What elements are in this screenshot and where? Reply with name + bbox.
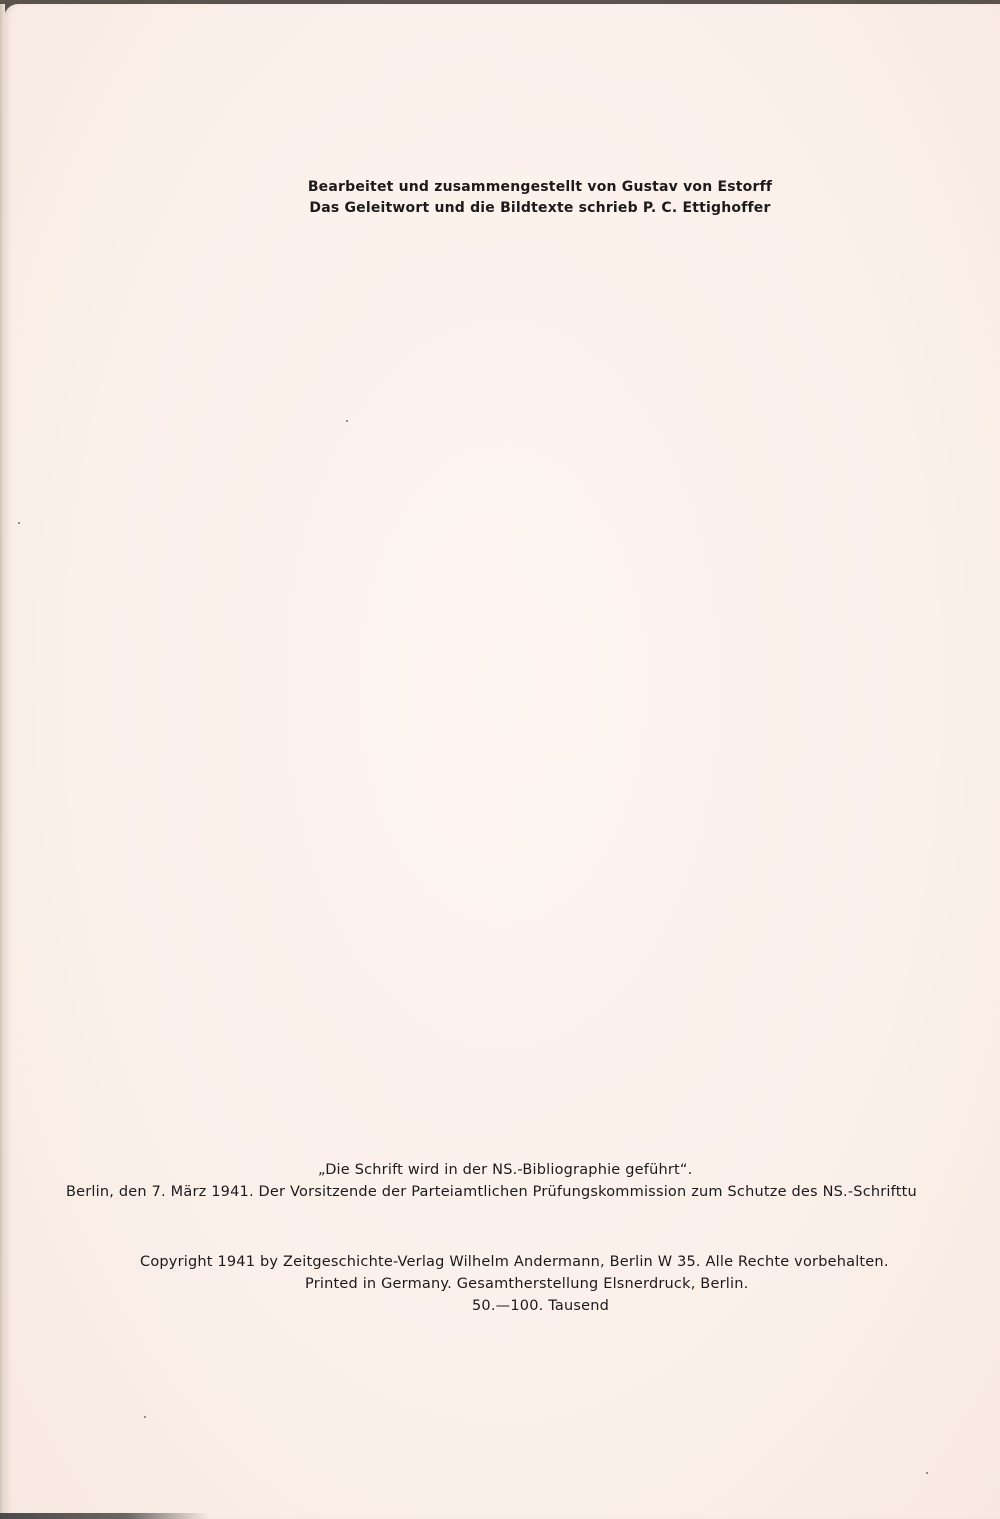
imprint-printing: Printed in Germany. Gesamtherstellung El… — [305, 1276, 748, 1292]
bibliography-quote: „Die Schrift wird in der NS.-Bibliograph… — [318, 1162, 692, 1178]
page-bottom-shadow — [0, 1513, 210, 1519]
bibliography-approval: Berlin, den 7. März 1941. Der Vorsitzend… — [66, 1184, 917, 1200]
paper-speck — [346, 420, 348, 422]
credits-block: Bearbeitet und zusammengestellt von Gust… — [0, 177, 1000, 219]
credits-editor: Bearbeitet und zusammengestellt von Gust… — [0, 177, 1000, 198]
imprint-copyright: Copyright 1941 by Zeitgeschichte-Verlag … — [140, 1254, 889, 1270]
paper-speck — [926, 1472, 928, 1474]
paper-speck — [18, 522, 20, 524]
credits-foreword: Das Geleitwort und die Bildtexte schrieb… — [0, 198, 1000, 219]
paper-speck — [144, 1416, 146, 1418]
page-left-edge — [0, 4, 5, 1519]
imprint-edition: 50.—100. Tausend — [472, 1298, 609, 1314]
